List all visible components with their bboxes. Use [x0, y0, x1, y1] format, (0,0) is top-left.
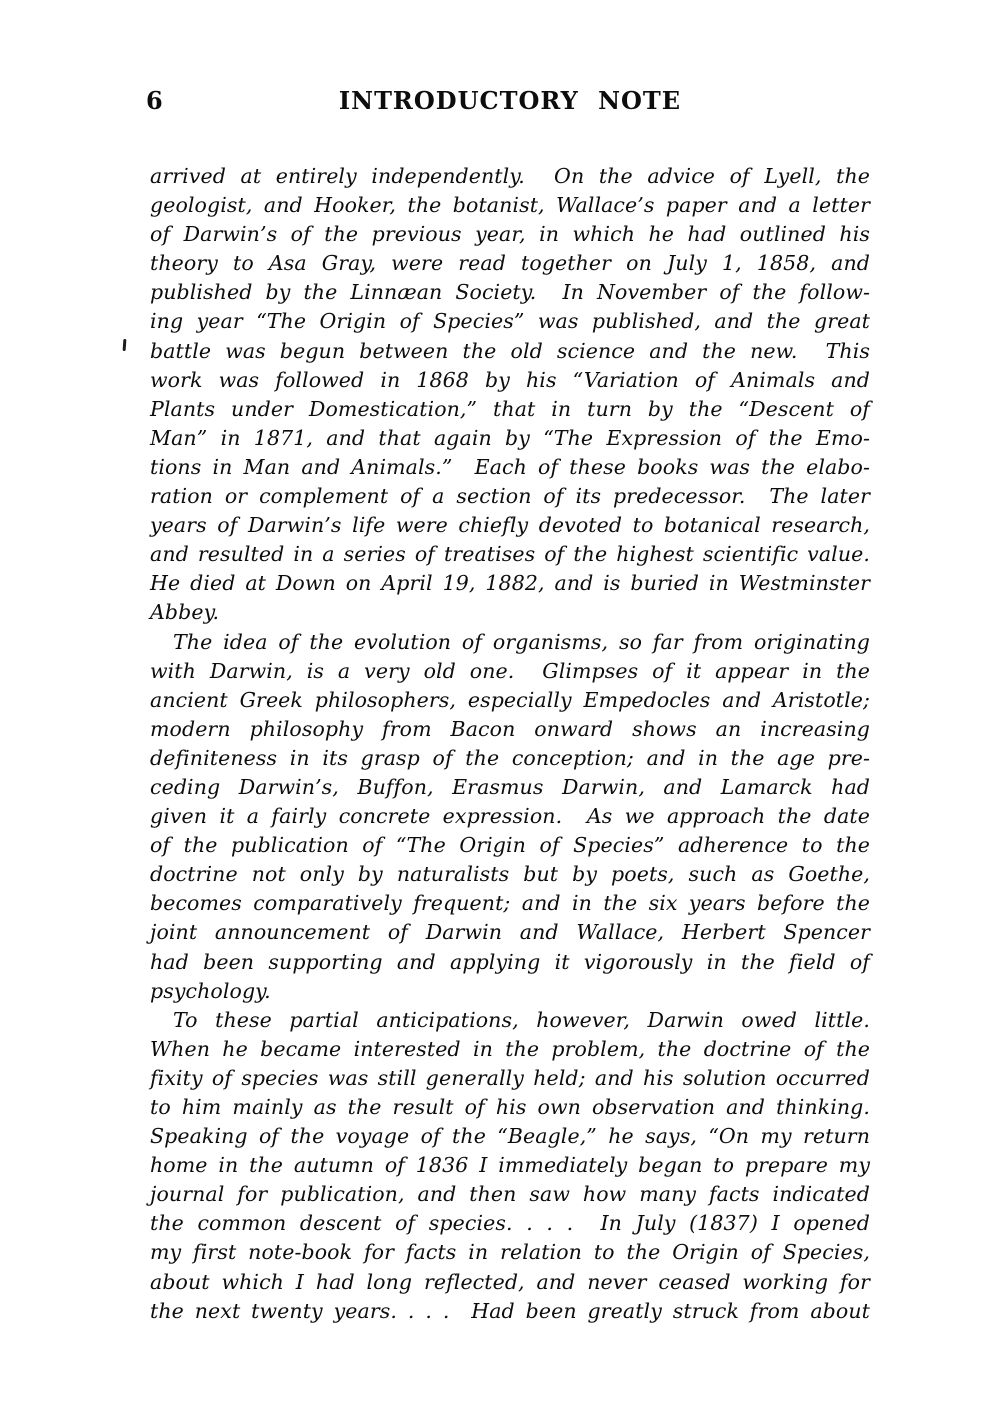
text-line: to him mainly as the result of his own o… [150, 1093, 870, 1122]
text-line: home in the autumn of 1836 I immediately… [150, 1151, 870, 1180]
page-header: 6 INTRODUCTORY NOTE [150, 86, 870, 118]
text-line: the common descent of species. . . . In … [150, 1209, 870, 1238]
text-line: years of Darwin’s life were chiefly devo… [150, 511, 870, 540]
text-line: psychology. [150, 977, 870, 1006]
text-line: To these partial anticipations, however,… [150, 1006, 870, 1035]
text-line: tions in Man and Animals.” Each of these… [150, 453, 870, 482]
text-line: definiteness in its grasp of the concept… [150, 744, 870, 773]
text-line: published by the Linnæan Society. In Nov… [150, 278, 870, 307]
text-line: joint announcement of Darwin and Wallace… [150, 918, 870, 947]
text-line: Speaking of the voyage of the “Beagle,” … [150, 1122, 870, 1151]
text-line: ceding Darwin’s, Buffon, Erasmus Darwin,… [150, 773, 870, 802]
page-body: arrived at entirely independently. On th… [150, 162, 870, 1326]
text-line: modern philosophy from Bacon onward show… [150, 715, 870, 744]
text-line: fixity of species was still generally he… [150, 1064, 870, 1093]
text-line: had been supporting and applying it vigo… [150, 948, 870, 977]
text-line: ancient Greek philosophers, especially E… [150, 686, 870, 715]
text-line: ing year “The Origin of Species” was pub… [150, 307, 870, 336]
text-line: The idea of the evolution of organisms, … [150, 628, 870, 657]
text-line: the next twenty years. . . . Had been gr… [150, 1297, 870, 1326]
text-line: battle was begun between the old science… [150, 337, 870, 366]
text-line: work was followed in 1868 by his “Variat… [150, 366, 870, 395]
book-page: 6 INTRODUCTORY NOTE arrived at entirely … [0, 0, 1000, 1418]
text-line: journal for publication, and then saw ho… [150, 1180, 870, 1209]
text-line: my first note-book for facts in relation… [150, 1238, 870, 1267]
text-line: When he became interested in the problem… [150, 1035, 870, 1064]
text-line: of Darwin’s of the previous year, in whi… [150, 220, 870, 249]
text-line: He died at Down on April 19, 1882, and i… [150, 569, 870, 598]
running-title: INTRODUCTORY NOTE [150, 86, 870, 116]
text-line: with Darwin, is a very old one. Glimpses… [150, 657, 870, 686]
text-line: Plants under Domestication,” that in tur… [150, 395, 870, 424]
text-line: doctrine not only by naturalists but by … [150, 860, 870, 889]
text-line: becomes comparatively frequent; and in t… [150, 889, 870, 918]
text-line: of the publication of “The Origin of Spe… [150, 831, 870, 860]
text-line: arrived at entirely independently. On th… [150, 162, 870, 191]
text-line: geologist, and Hooker, the botanist, Wal… [150, 191, 870, 220]
text-line: theory to Asa Gray, were read together o… [150, 249, 870, 278]
text-line: and resulted in a series of treatises of… [150, 540, 870, 569]
text-line: given it a fairly concrete expression. A… [150, 802, 870, 831]
ink-speck-artifact [123, 339, 127, 351]
text-line: Abbey. [150, 598, 870, 627]
text-line: about which I had long reflected, and ne… [150, 1268, 870, 1297]
text-line: Man” in 1871, and that again by “The Exp… [150, 424, 870, 453]
text-line: ration or complement of a section of its… [150, 482, 870, 511]
